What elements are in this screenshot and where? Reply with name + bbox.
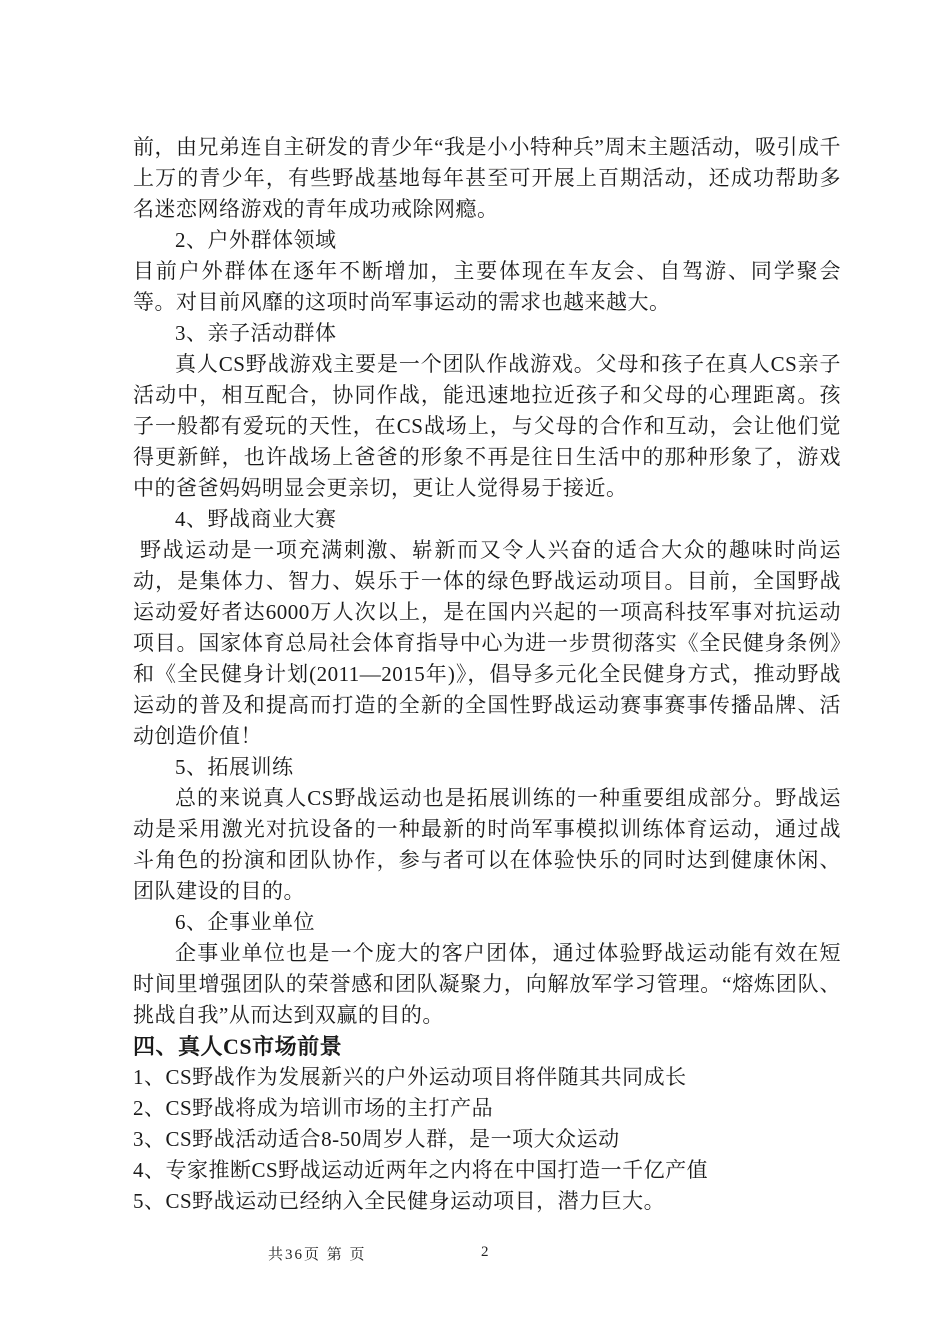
paragraph: 目前户外群体在逐年不断增加，主要体现在车友会、自驾游、同学聚会等。对目前风靡的这… <box>133 256 841 318</box>
paragraph: 野战运动是一项充满刺激、崭新而又令人兴奋的适合大众的趣味时尚运动，是集体力、智力… <box>133 535 841 752</box>
list-item: 4、专家推断CS野战运动近两年之内将在中国打造一千亿产值 <box>133 1155 841 1186</box>
document-page: 前，由兄弟连自主研发的青少年“我是小小特种兵”周末主题活动，吸引成千上万的青少年… <box>0 0 950 1344</box>
list-item: 5、CS野战运动已经纳入全民健身运动项目，潜力巨大。 <box>133 1186 841 1217</box>
document-body: 前，由兄弟连自主研发的青少年“我是小小特种兵”周末主题活动，吸引成千上万的青少年… <box>133 132 841 1217</box>
paragraph: 总的来说真人CS野战运动也是拓展训练的一种重要组成部分。野战运动是采用激光对抗设… <box>133 783 841 907</box>
list-item: 1、CS野战作为发展新兴的户外运动项目将伴随其共同成长 <box>133 1062 841 1093</box>
subheading-outdoor-groups: 2、户外群体领域 <box>133 225 841 256</box>
page-footer: 共36页 第 页 2 <box>0 1243 950 1267</box>
paragraph: 前，由兄弟连自主研发的青少年“我是小小特种兵”周末主题活动，吸引成千上万的青少年… <box>133 132 841 225</box>
footer-page-number: 2 <box>481 1244 489 1261</box>
footer-page-count-label: 共36页 第 页 <box>268 1243 367 1264</box>
list-item: 3、CS野战活动适合8-50周岁人群，是一项大众运动 <box>133 1124 841 1155</box>
subheading-field-commercial-contest: 4、野战商业大赛 <box>133 504 841 535</box>
subheading-parent-child-groups: 3、亲子活动群体 <box>133 318 841 349</box>
paragraph: 企事业单位也是一个庞大的客户团体，通过体验野战运动能有效在短时间里增强团队的荣誉… <box>133 938 841 1031</box>
subheading-outward-bound-training: 5、拓展训练 <box>133 752 841 783</box>
list-item: 2、CS野战将成为培训市场的主打产品 <box>133 1093 841 1124</box>
subheading-enterprises-institutions: 6、企事业单位 <box>133 907 841 938</box>
section-heading-market-prospects: 四、真人CS市场前景 <box>133 1031 841 1062</box>
paragraph: 真人CS野战游戏主要是一个团队作战游戏。父母和孩子在真人CS亲子活动中，相互配合… <box>133 349 841 504</box>
